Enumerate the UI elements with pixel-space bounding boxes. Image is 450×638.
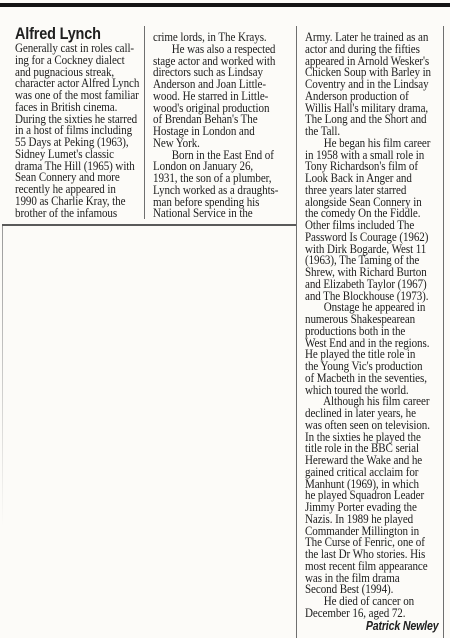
article-column-3: Army. Later he trained as anactor and du… bbox=[305, 31, 438, 632]
text-line: December 16, aged 72. bbox=[305, 607, 438, 619]
column-1-text: Generally cast in roles call-ing for a C… bbox=[15, 42, 144, 218]
column-2-text: crime lords, in The Krays. He was also a… bbox=[153, 31, 296, 219]
column-divider-2 bbox=[296, 26, 297, 638]
column-3-text: Army. Later he trained as anactor and du… bbox=[305, 31, 438, 619]
text-line: National Service in the bbox=[153, 207, 296, 219]
article-column-2: crime lords, in The Krays. He was also a… bbox=[153, 31, 296, 219]
right-edge-rule bbox=[443, 26, 444, 638]
empty-box-left-border bbox=[2, 226, 3, 526]
text-line: brother of the infamous bbox=[15, 207, 144, 219]
newspaper-obituary-page: Alfred Lynch Generally cast in roles cal… bbox=[0, 0, 450, 638]
top-rule bbox=[0, 3, 450, 7]
empty-box-top-border bbox=[2, 224, 296, 226]
article-column-1: Alfred Lynch Generally cast in roles cal… bbox=[15, 26, 144, 218]
byline: Patrick Newley bbox=[305, 620, 438, 632]
